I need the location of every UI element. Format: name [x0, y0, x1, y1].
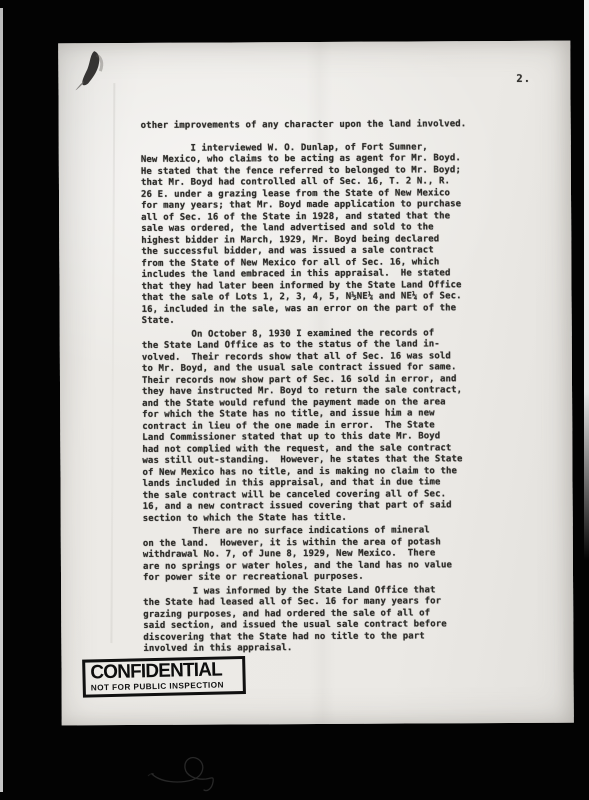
document-page: 2. other improvements of any character u… [58, 41, 574, 726]
scan-edge-right [584, 0, 589, 560]
page-number: 2. [516, 73, 531, 85]
handwritten-mark [140, 744, 260, 796]
paragraph: other improvements of any character upon… [141, 119, 491, 132]
paper-crease [110, 83, 115, 643]
paragraph: I was informed by the State Land Office … [143, 585, 493, 656]
paragraph: I interviewed W. O. Dunlap, of Fort Sumn… [141, 142, 492, 328]
paragraph: There are no surface indications of mine… [143, 525, 493, 584]
document-body: other improvements of any character upon… [141, 119, 494, 657]
confidential-stamp: CONFIDENTIAL NOT FOR PUBLIC INSPECTION [82, 656, 246, 698]
staple-mark-icon [70, 45, 116, 107]
scanned-document: 2. other improvements of any character u… [0, 0, 589, 800]
stamp-title: CONFIDENTIAL [90, 659, 234, 683]
scan-edge-left [0, 8, 3, 792]
paragraph: On October 8, 1930 I examined the record… [142, 328, 493, 525]
